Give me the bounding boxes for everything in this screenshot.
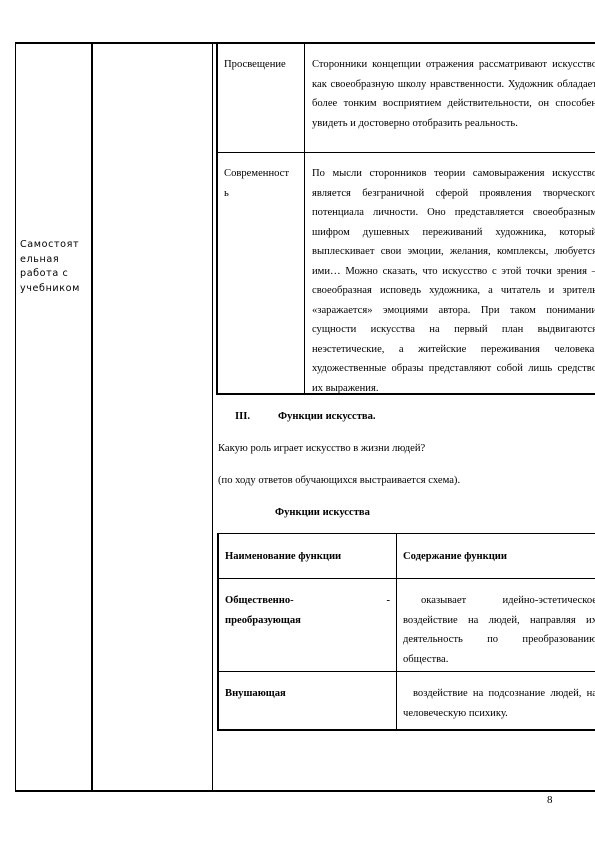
page-number: 8 bbox=[547, 794, 553, 806]
outer-col-border-2 bbox=[91, 42, 93, 792]
scheme-title: Функции искусства bbox=[275, 503, 370, 523]
concepts-table-left-border bbox=[216, 42, 218, 394]
functions-table-left-border bbox=[217, 533, 219, 731]
activity-type-label: Самостоят ельная работа с учебником bbox=[20, 238, 90, 296]
functions-table-col-divider bbox=[396, 533, 397, 731]
function-content-suggestive: воздействие на подсознание людей, на чел… bbox=[403, 684, 595, 723]
function-name-social-transforming: Общественно- - преобразующая bbox=[225, 591, 390, 630]
outer-table-top-border bbox=[15, 42, 595, 44]
section-number: III. bbox=[235, 407, 250, 427]
outer-table-bottom-border bbox=[15, 790, 595, 792]
concept-description-modernity: По мысли сторонников теории самовыражени… bbox=[312, 164, 595, 398]
concept-description-enlightenment: Сторонники концепции отражения рассматри… bbox=[312, 55, 595, 133]
section-question: Какую роль играет искусство в жизни люде… bbox=[218, 439, 425, 459]
functions-table-header-divider bbox=[217, 578, 595, 579]
concept-name-enlightenment: Просвещение bbox=[224, 55, 302, 75]
concepts-table-col-divider bbox=[304, 42, 305, 394]
function-name-suggestive: Внушающая bbox=[225, 684, 286, 704]
section-note: (по ходу ответов обучающихся выстраивает… bbox=[218, 471, 460, 491]
functions-header-content: Содержание функции bbox=[403, 547, 507, 567]
functions-table-bottom-border bbox=[217, 729, 595, 731]
concepts-table-row-divider bbox=[217, 152, 595, 153]
outer-col-border-3 bbox=[212, 42, 213, 792]
section-title: Функции искусства. bbox=[278, 407, 376, 427]
concept-name-modernity: Современност ь bbox=[224, 164, 302, 203]
functions-header-name: Наименование функции bbox=[225, 547, 341, 567]
functions-table-top-border bbox=[217, 533, 595, 534]
functions-table-row-divider bbox=[217, 671, 595, 672]
outer-col-border-left bbox=[15, 42, 16, 792]
function-content-social-transforming: оказывает идейно-эстетическое воздействи… bbox=[403, 591, 595, 669]
